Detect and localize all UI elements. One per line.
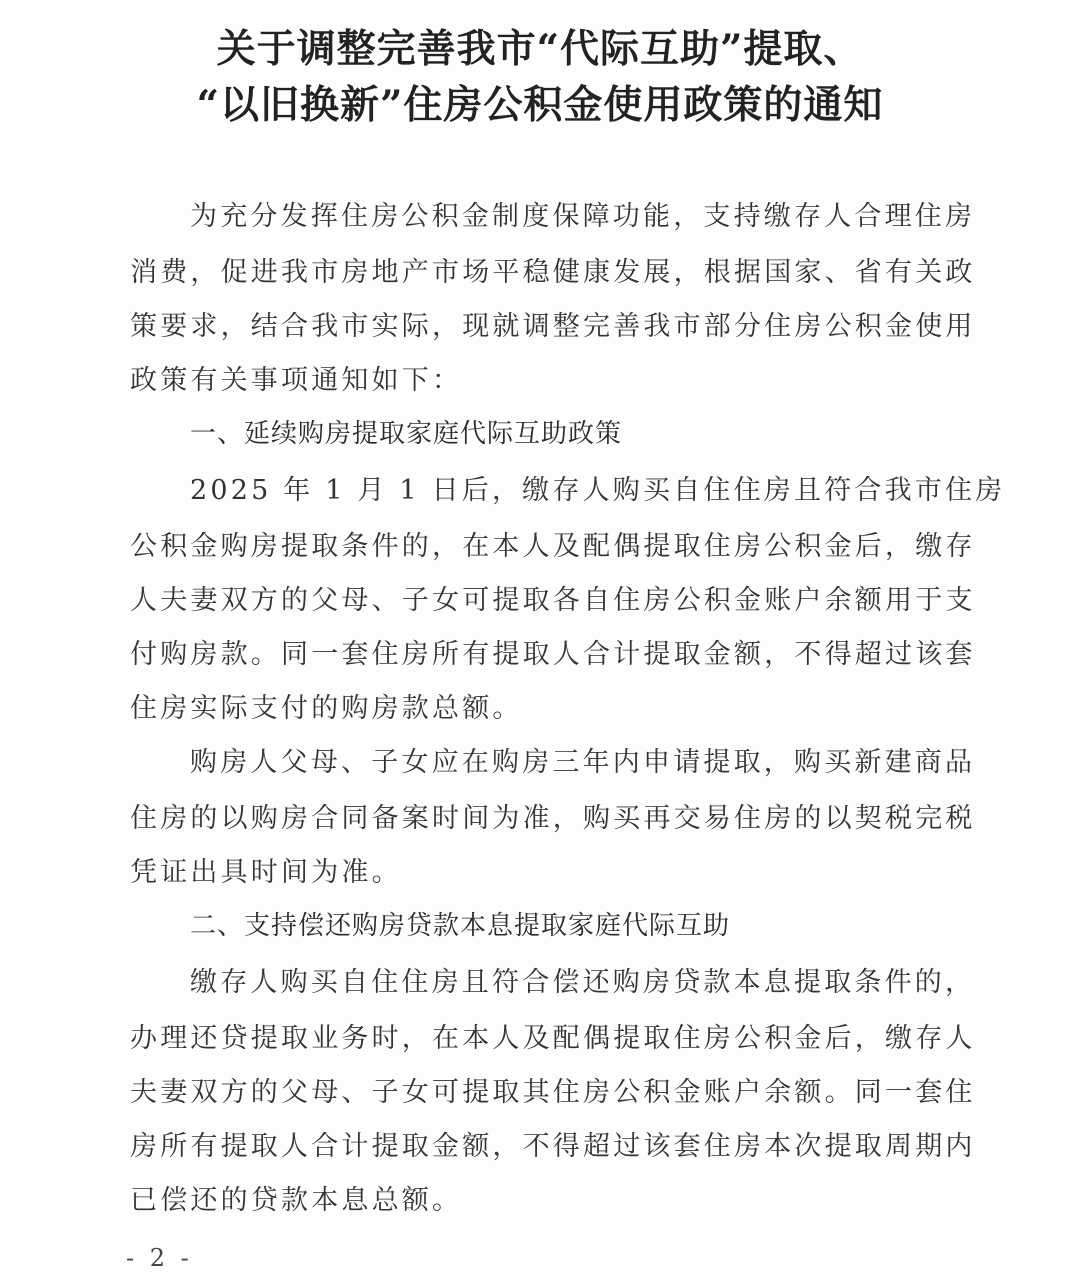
text-line: 为充分发挥住房公积金制度保障功能，支持缴存人合理住房 <box>190 194 940 233</box>
text-line: 房所有提取人合计提取金额，不得超过该套住房本次提取周期内 <box>130 1124 940 1163</box>
text-line: 2025 年 1 月 1 日后，缴存人购买自住住房且符合我市住房 <box>190 468 940 507</box>
text-line: 已偿还的贷款本息总额。 <box>130 1178 940 1217</box>
text-line: 住房实际支付的购房款总额。 <box>130 686 940 725</box>
text-line: 策要求，结合我市实际，现就调整完善我市部分住房公积金使用 <box>130 304 940 343</box>
document-title-line-2: “以旧换新”住房公积金使用政策的通知 <box>0 74 1080 130</box>
text-line: 住房的以购房合同备案时间为准，购买再交易住房的以契税完税 <box>130 796 940 835</box>
text-line: 夫妻双方的父母、子女可提取其住房公积金账户余额。同一套住 <box>130 1070 940 1109</box>
text-line: 消费，促进我市房地产市场平稳健康发展，根据国家、省有关政 <box>130 250 940 289</box>
document-title-line-1: 关于调整完善我市“代际互助”提取、 <box>0 18 1080 74</box>
text-line: 缴存人购买自住住房且符合偿还购房贷款本息提取条件的， <box>190 960 940 999</box>
text-line: 办理还贷提取业务时，在本人及配偶提取住房公积金后，缴存人 <box>130 1016 940 1055</box>
text-line: 公积金购房提取条件的，在本人及配偶提取住房公积金后，缴存 <box>130 524 940 563</box>
text-line: 凭证出具时间为准。 <box>130 850 940 889</box>
text-line: 人夫妻双方的父母、子女可提取各自住房公积金账户余额用于支 <box>130 578 940 617</box>
text-line: 付购房款。同一套住房所有提取人合计提取金额，不得超过该套 <box>130 632 940 671</box>
section-1-heading: 一、延续购房提取家庭代际互助政策 <box>190 413 622 450</box>
text-line: 购房人父母、子女应在购房三年内申请提取，购买新建商品 <box>190 740 940 779</box>
page-number: - 2 - <box>126 1244 193 1272</box>
text-line: 政策有关事项通知如下： <box>130 358 940 397</box>
section-2-heading: 二、支持偿还购房贷款本息提取家庭代际互助 <box>190 905 730 942</box>
